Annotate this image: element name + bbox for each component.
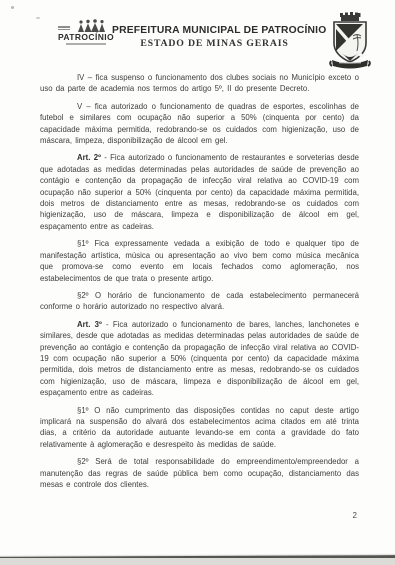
paragraph: V – fica autorizado o funcionamento de q… xyxy=(40,101,359,147)
people-figures-icon xyxy=(57,19,115,33)
logo-small-text-lines xyxy=(58,26,70,31)
paragraph-lead: Art. 3º xyxy=(77,320,102,329)
logo-slogan-line xyxy=(66,43,106,45)
paragraph: §1º O não cumprimento das disposições co… xyxy=(40,405,359,451)
coat-of-arms-icon xyxy=(327,11,373,69)
document-subtitle: ESTADO DE MINAS GERAIS xyxy=(112,38,317,49)
paragraph: §1º Fica expressamente vedada a exibição… xyxy=(40,238,359,284)
paragraph-text: IV – fica suspenso o funcionamento dos c… xyxy=(40,73,359,93)
paragraph-text: - Fica autorizado o funcionamento de res… xyxy=(40,153,359,230)
people-figures-icon xyxy=(73,19,113,33)
paragraph: §2º Será de total responsabilidade do em… xyxy=(40,456,359,490)
paragraph: IV – fica suspenso o funcionamento dos c… xyxy=(40,72,359,95)
paragraph: §2º O horário de funcionamento de cada e… xyxy=(40,290,359,313)
scanner-bed xyxy=(0,558,395,565)
paragraph-text: §2º Será de total responsabilidade do em… xyxy=(40,457,359,489)
city-logo: PATROCÍNIO xyxy=(57,19,115,45)
page-number: 2 xyxy=(353,511,357,520)
paragraph-text: §1º O não cumprimento das disposições co… xyxy=(40,406,359,449)
header-title-block: PREFEITURA MUNICIPAL DE PATROCÍNIO ESTAD… xyxy=(112,25,317,49)
paragraph: Art. 2º - Fica autorizado o funcionament… xyxy=(40,152,359,232)
paragraph-text: §1º Fica expressamente vedada a exibição… xyxy=(40,239,359,282)
paragraph-lead: Art. 2º xyxy=(77,153,101,162)
paragraph-text: V – fica autorizado o funcionamento de q… xyxy=(40,102,359,145)
paragraph-text: - Fica autorizado o funcionamento de bar… xyxy=(40,320,359,397)
scanned-document-page: PATROCÍNIO PREFEITURA MUNICIPAL DE PATRO… xyxy=(0,0,395,565)
document-body: IV – fica suspenso o funcionamento dos c… xyxy=(40,72,359,496)
document-title: PREFEITURA MUNICIPAL DE PATROCÍNIO xyxy=(112,25,317,36)
document-header: PATROCÍNIO PREFEITURA MUNICIPAL DE PATRO… xyxy=(0,0,395,70)
paragraph: Art. 3º - Fica autorizado o funcionament… xyxy=(40,319,359,399)
paragraph-text: §2º O horário de funcionamento de cada e… xyxy=(40,291,359,311)
logo-wordmark: PATROCÍNIO xyxy=(57,33,115,42)
